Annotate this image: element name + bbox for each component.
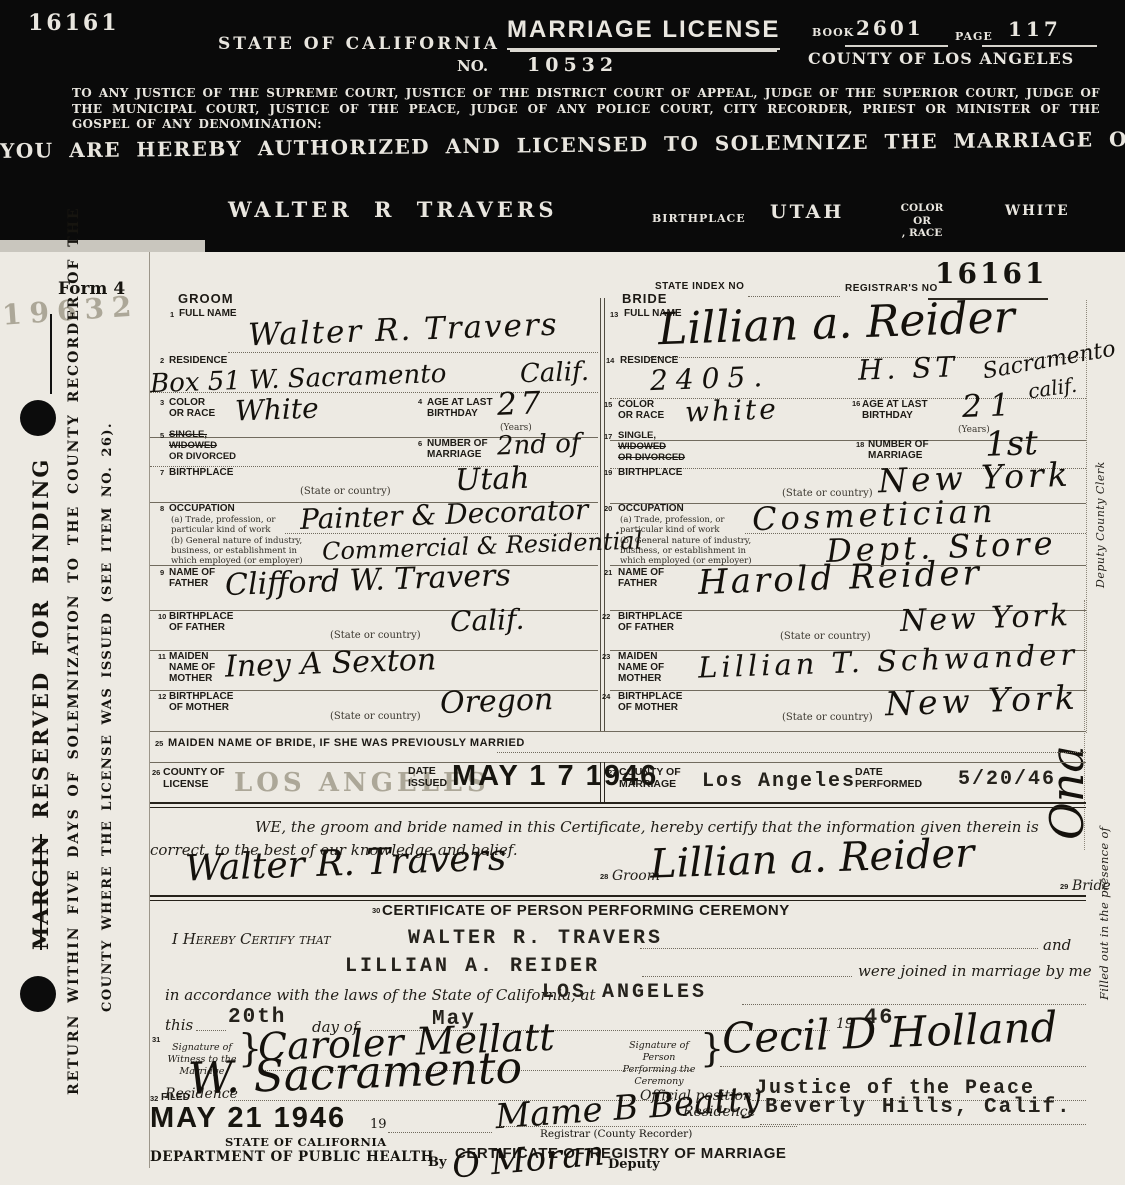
rule (845, 45, 948, 47)
date-performed-label: DATE PERFORMED (855, 767, 927, 791)
joined-label: were joined in marriage by me (858, 962, 1092, 980)
field-number: 27 (608, 768, 616, 777)
groom-marriage-number-label: NUMBER OF MARRIAGE (427, 438, 507, 460)
county-of-marriage-label: COUNTY OF MARRIAGE (619, 767, 694, 791)
groom-birthplace-sublabel: (State or country) (300, 486, 391, 497)
rule (642, 976, 852, 977)
witness-residence-value: W. Sacramento (187, 1042, 523, 1105)
margin-word: MARGIN (28, 834, 53, 950)
field-number: 16 (852, 399, 860, 408)
rule (150, 802, 1086, 808)
maiden-name-row-label: MAIDEN NAME OF BRIDE, IF SHE WAS PREVIOU… (168, 737, 525, 749)
rule (497, 752, 1086, 753)
binding-margin-text: MARGIN RESERVED FOR BINDING (28, 458, 53, 950)
field-number: 7 (160, 468, 164, 477)
accordance-label: in accordance with the laws of the State… (165, 986, 596, 1004)
field-number: 24 (602, 692, 610, 701)
bride-father-birthplace-sublabel: (State or country) (780, 631, 871, 642)
bride-occupation-sublabel-a: (a) Trade, profession, or particular kin… (620, 515, 755, 535)
groom-full-name-label: FULL NAME (179, 308, 237, 319)
field-number: 23 (602, 652, 610, 661)
bride-color-label: COLOR OR RACE (618, 399, 670, 421)
field-number: 3 (160, 398, 164, 407)
bride-color-value: white (684, 392, 779, 428)
by-label: By (428, 1155, 447, 1170)
field-number: 6 (418, 439, 422, 448)
page-label: PAGE (955, 30, 993, 43)
groom-mother-birthplace-label: BIRTHPLACE OF MOTHER (169, 691, 249, 713)
book-label: BOOK (812, 26, 854, 39)
return-instruction-text: RETURN WITHIN FIVE DAYS OF SOLEMNIZATION… (66, 206, 82, 1095)
field-number: 31 (152, 1035, 160, 1044)
ceremony-groom-name: WALTER R. TRAVERS (408, 927, 663, 950)
rule (285, 533, 598, 534)
field-number: 15 (604, 400, 612, 409)
brace-glyph: } (700, 1026, 724, 1070)
ceremony-bride-name: LILLIAN A. REIDER (345, 955, 600, 978)
filed-year-prefix: 19 (370, 1117, 387, 1132)
groom-age-value: 27 (496, 385, 545, 423)
groom-birthplace-label: BIRTHPLACE (169, 467, 233, 478)
file-number: 16161 (28, 10, 120, 36)
punch-hole (20, 400, 56, 436)
document-title: MARRIAGE LICENSE (507, 16, 780, 50)
groom-father-label: NAME OF FATHER (169, 567, 221, 589)
field-number: 13 (610, 310, 618, 319)
bride-mother-label: MAIDEN NAME OF MOTHER (618, 651, 670, 685)
rule (388, 1132, 492, 1133)
rule (604, 762, 605, 802)
license-no-value: 10532 (527, 54, 618, 76)
ceremony-place: LOS ANGELES (542, 981, 707, 1004)
bride-occupation-label: OCCUPATION (618, 503, 684, 514)
bride-marital-divorced: OR DIVORCED (618, 453, 685, 464)
and-label: and (1043, 936, 1071, 954)
groom-mother-label: MAIDEN NAME OF MOTHER (169, 651, 221, 685)
groom-full-name-value: Walter R. Travers (247, 307, 559, 354)
bride-father-value: Harold Reider (697, 553, 982, 603)
bride-age-label: AGE AT LAST BIRTHDAY (862, 399, 944, 421)
bride-signature-label: Bride (1072, 878, 1111, 894)
groom-mother-birthplace-sublabel: (State or country) (330, 711, 421, 722)
performer-signature: Cecil D Holland (721, 1002, 1058, 1063)
license-no-label: NO. (457, 57, 488, 75)
page-value: 117 (1008, 17, 1062, 41)
registrar-no-value: 16161 (935, 257, 1047, 290)
field-number: 17 (604, 432, 612, 441)
groom-father-birthplace-sublabel: (State or country) (330, 630, 421, 641)
date-performed-value: 5/20/46 (958, 768, 1056, 791)
groom-color-label: COLOR OR RACE (169, 397, 221, 419)
header-birthplace-label: BIRTHPLACE (652, 212, 746, 225)
footer-state-line: STATE OF CALIFORNIA (225, 1135, 387, 1149)
groom-occupation-label: OCCUPATION (169, 503, 235, 514)
filed-date-stamp: MAY 21 1946 (150, 1102, 346, 1135)
rule (748, 296, 840, 297)
bride-mother-birthplace-label: BIRTHPLACE OF MOTHER (618, 691, 698, 713)
registrar-residence-label: Residence (683, 1104, 756, 1120)
bride-full-name-value: Lillian a. Reider (657, 292, 1015, 355)
field-number: 18 (856, 440, 864, 449)
groom-marriage-number-value: 2nd of (497, 429, 581, 462)
field-number: 2 (160, 356, 164, 365)
state-title: STATE OF CALIFORNIA (218, 34, 500, 54)
field-number: 30 (372, 906, 380, 915)
field-number: 29 (1060, 882, 1068, 891)
header-groom-name: WALTER R TRAVERS (228, 197, 558, 222)
field-number: 28 (600, 872, 608, 881)
field-number: 20 (604, 504, 612, 513)
date-issued-label: DATE ISSUED (408, 766, 456, 790)
rule (760, 1124, 1086, 1125)
field-number: 12 (158, 692, 166, 701)
groom-father-birthplace-label: BIRTHPLACE OF FATHER (169, 611, 249, 633)
bride-marriage-number-label: NUMBER OF MARRIAGE (868, 439, 948, 461)
field-number: 26 (152, 768, 160, 777)
field-number: 5 (160, 431, 164, 440)
groom-birthplace-value: Utah (454, 461, 530, 499)
rule (196, 1030, 226, 1031)
bride-mother-birthplace-sublabel: (State or country) (782, 712, 873, 723)
groom-marital-divorced: OR DIVORCED (169, 452, 236, 463)
rule (497, 1126, 797, 1127)
rule (1084, 600, 1085, 850)
rule (604, 298, 605, 732)
field-number: 4 (418, 397, 422, 406)
deputy-signature: O Moran (451, 1133, 606, 1185)
field-number: 1 (170, 310, 174, 319)
county-title: COUNTY OF LOS ANGELES (808, 49, 1074, 68)
rule (745, 533, 1086, 534)
groom-mother-value: Iney A Sexton (224, 642, 436, 684)
groom-color-value: White (234, 392, 319, 428)
addressee-paragraph: TO ANY JUSTICE OF THE SUPREME COURT, JUS… (72, 86, 1100, 133)
license-header: 16161 STATE OF CALIFORNIA MARRIAGE LICEN… (0, 0, 1125, 252)
registrar-no-label: REGISTRAR'S NO (845, 283, 938, 294)
footer-dept-line: DEPARTMENT OF PUBLIC HEALTH (150, 1149, 434, 1165)
bride-mother-birthplace-value: New York (884, 678, 1079, 724)
rule (600, 762, 601, 802)
groom-residence-state: Calif. (519, 357, 589, 389)
rule (600, 298, 601, 732)
marriage-license-document: 16161 STATE OF CALIFORNIA MARRIAGE LICEN… (0, 0, 1125, 1185)
groom-residence-label: RESIDENCE (169, 355, 227, 366)
deputy-label: Deputy (608, 1157, 660, 1172)
ceremony-section-title: CERTIFICATE OF PERSON PERFORMING CEREMON… (382, 903, 790, 920)
rule (150, 731, 1086, 732)
field-number: 19 (604, 468, 612, 477)
field-number: 21 (604, 568, 612, 577)
header-birthplace-value: UTAH (770, 201, 844, 223)
bride-residence-street: H. ST (857, 350, 958, 386)
rule (640, 948, 1038, 949)
bride-residence-value: 2405. (649, 360, 770, 397)
groom-mother-birthplace-value: Oregon (439, 682, 553, 721)
bride-birthplace-label: BIRTHPLACE (618, 467, 682, 478)
bride-signature: Lillian a. Reider (649, 830, 975, 887)
presence-label: Filled out in the presence of (1097, 827, 1111, 1000)
field-number: 10 (158, 612, 166, 621)
this-label: this (165, 1016, 193, 1034)
rule (720, 1066, 1086, 1067)
county-of-license-label: COUNTY OF LICENSE (163, 767, 233, 791)
rule (50, 314, 52, 394)
groom-father-birthplace-value: Calif. (449, 603, 524, 639)
book-value: 2601 (856, 16, 924, 40)
deputy-county-clerk-label: Deputy County Clerk (1094, 461, 1107, 588)
bride-father-birthplace-value: New York (899, 598, 1071, 639)
groom-heading: GROOM (178, 292, 234, 307)
performer-signature-label: Signature of Person Performing the Cerem… (618, 1040, 700, 1088)
field-number: 22 (602, 612, 610, 621)
header-race-label: COLOR OR , RACE (898, 202, 946, 240)
field-number: 9 (160, 568, 164, 577)
punch-hole (20, 976, 56, 1012)
rule (982, 45, 1097, 47)
marriage-county-value: Los Angeles (702, 770, 856, 793)
groom-occupation-sublabel-b: (b) General nature of industry, business… (171, 536, 313, 567)
registrar-residence-value: Beverly Hills, Calif. (765, 1096, 1072, 1119)
header-race-value: WHITE (1005, 203, 1070, 219)
field-number: 14 (606, 356, 614, 365)
bride-father-birthplace-label: BIRTHPLACE OF FATHER (618, 611, 698, 633)
binding-words: RESERVED FOR BINDING (28, 458, 53, 819)
field-number: 8 (160, 504, 164, 513)
paper-edge (0, 240, 205, 252)
state-index-label: STATE INDEX NO (655, 281, 744, 292)
field-number: 25 (155, 739, 163, 748)
county-instruction-text: COUNTY WHERE THE LICENSE WAS ISSUED (SEE… (100, 422, 115, 1012)
bride-mother-value: Lillian T. Schwander (698, 637, 1079, 684)
certify-label: I Hereby Certify that (172, 930, 331, 948)
bride-father-label: NAME OF FATHER (618, 567, 670, 589)
rule (150, 895, 1086, 901)
field-number: 11 (158, 652, 166, 661)
bride-age-value: 21 (961, 387, 1018, 425)
rule (228, 352, 598, 353)
